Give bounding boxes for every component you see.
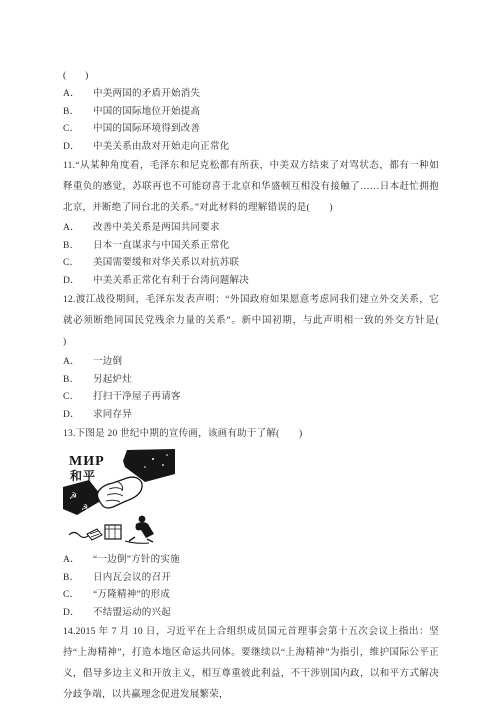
question-13: 13.下图是 20 世纪中期的宣传画，该画有助于了解( ) МИР 和平 ☭ [63,424,439,622]
hammer-sickle-icon: ☭ [69,491,77,501]
options-list: A． 改善中美关系是两国共同要求 B． 日本一直谋求与中国关系正常化 C． 美国… [63,220,439,290]
option-letter: A． [63,552,93,570]
option-row-a: A． “一边倒”方针的实施 [63,552,439,570]
option-row-c: C． 打扫干净屋子再请客 [63,389,439,407]
options-list: A． 一边倒 B． 另起炉灶 C． 打扫干净屋子再请客 D． 求同存异 [63,354,439,424]
question-11: 11.“从某种角度看，毛泽东和尼克松都有所获，中美双方结束了对骂状态，都有一种如… [63,156,439,290]
option-letter: B． [63,372,93,390]
option-letter: D． [63,273,93,291]
option-text: 不结盟运动的兴起 [93,605,439,623]
option-letter: B． [63,570,93,588]
option-row-a: A． 中美两国的矛盾开始消失 [63,86,439,104]
option-row-c: C． “万隆精神”的形成 [63,587,439,605]
option-text: “一边倒”方针的实施 [93,552,439,570]
options-list: A． “一边倒”方针的实施 B． 日内瓦会议的召开 C． “万隆精神”的形成 D… [63,552,439,622]
option-letter: B． [63,104,93,122]
option-row-b: B． 日本一直谋求与中国关系正常化 [63,238,439,256]
option-row-c: C． 中国的国际环境得到改善 [63,121,439,139]
option-text: 打扫干净屋子再请客 [93,389,439,407]
option-text: 改善中美关系是两国共同要求 [93,220,439,238]
option-letter: C． [63,255,93,273]
option-letter: A． [63,354,93,372]
option-text: 中美关系由敌对开始走向正常化 [93,139,439,157]
option-letter: D． [63,407,93,425]
option-text: 日本一直谋求与中国关系正常化 [93,238,439,256]
hammer-sickle-icon: ☭ [81,503,88,512]
option-row-b: B． 日内瓦会议的召开 [63,570,439,588]
option-row-d: D． 求同存异 [63,407,439,425]
option-row-d: D． 中美关系正常化有利于台湾问题解决 [63,273,439,291]
poster-chinese-peace-text: 和平 [70,468,96,483]
question-stem: 14.2015 年 7 月 10 日，习近平在上合组织成员国元首理事会第十五次会… [63,622,439,706]
option-row-a: A． 改善中美关系是两国共同要求 [63,220,439,238]
option-text: 日内瓦会议的召开 [93,570,439,588]
option-row-d: D． 中美关系由敌对开始走向正常化 [63,139,439,157]
option-letter: D． [63,605,93,623]
answer-bracket: ( ) [63,66,439,86]
option-text: 美国需要缓和对华关系以对抗苏联 [93,255,439,273]
defeated-figure-graphic [69,516,154,544]
option-text: 中美两国的矛盾开始消失 [93,86,439,104]
option-letter: A． [63,86,93,104]
question-14: 14.2015 年 7 月 10 日，习近平在上合组织成员国元首理事会第十五次会… [63,622,439,706]
option-row-b: B． 中国的国际地位开始提高 [63,104,439,122]
question-10-fragment: ( ) A． 中美两国的矛盾开始消失 B． 中国的国际地位开始提高 C． 中国的… [63,66,439,156]
exam-page: ( ) A． 中美两国的矛盾开始消失 B． 中国的国际地位开始提高 C． 中国的… [63,66,439,707]
option-text: 中国的国际地位开始提高 [93,104,439,122]
option-letter: A． [63,220,93,238]
option-text: 另起炉灶 [93,372,439,390]
option-row-a: A． 一边倒 [63,354,439,372]
question-stem: 13.下图是 20 世纪中期的宣传画，该画有助于了解( ) [63,424,439,445]
option-text: 中国的国际环境得到改善 [93,121,439,139]
option-text: 一边倒 [93,354,439,372]
option-text: 中美关系正常化有利于台湾问题解决 [93,273,439,291]
option-row-b: B． 另起炉灶 [63,372,439,390]
options-list: A． 中美两国的矛盾开始消失 B． 中国的国际地位开始提高 C． 中国的国际环境… [63,86,439,156]
poster-russian-peace-text: МИР [69,454,105,469]
option-letter: C． [63,389,93,407]
question-stem: 12.渡江战役期间，毛泽东发表声明：“外国政府如果愿意考虑同我们建立外交关系，它… [63,290,439,353]
option-letter: B． [63,238,93,256]
option-text: 求同存异 [93,407,439,425]
handshake-graphic [97,477,142,508]
propaganda-poster-image: МИР 和平 ☭ ☭ [63,449,175,547]
question-stem: 11.“从某种角度看，毛泽东和尼克松都有所获，中美双方结束了对骂状态，都有一种如… [63,156,439,219]
option-row-c: C． 美国需要缓和对华关系以对抗苏联 [63,255,439,273]
option-letter: D． [63,139,93,157]
question-12: 12.渡江战役期间，毛泽东发表声明：“外国政府如果愿意考虑同我们建立外交关系，它… [63,290,439,424]
option-text: “万隆精神”的形成 [93,587,439,605]
option-letter: C． [63,587,93,605]
option-letter: C． [63,121,93,139]
option-row-d: D． 不结盟运动的兴起 [63,605,439,623]
